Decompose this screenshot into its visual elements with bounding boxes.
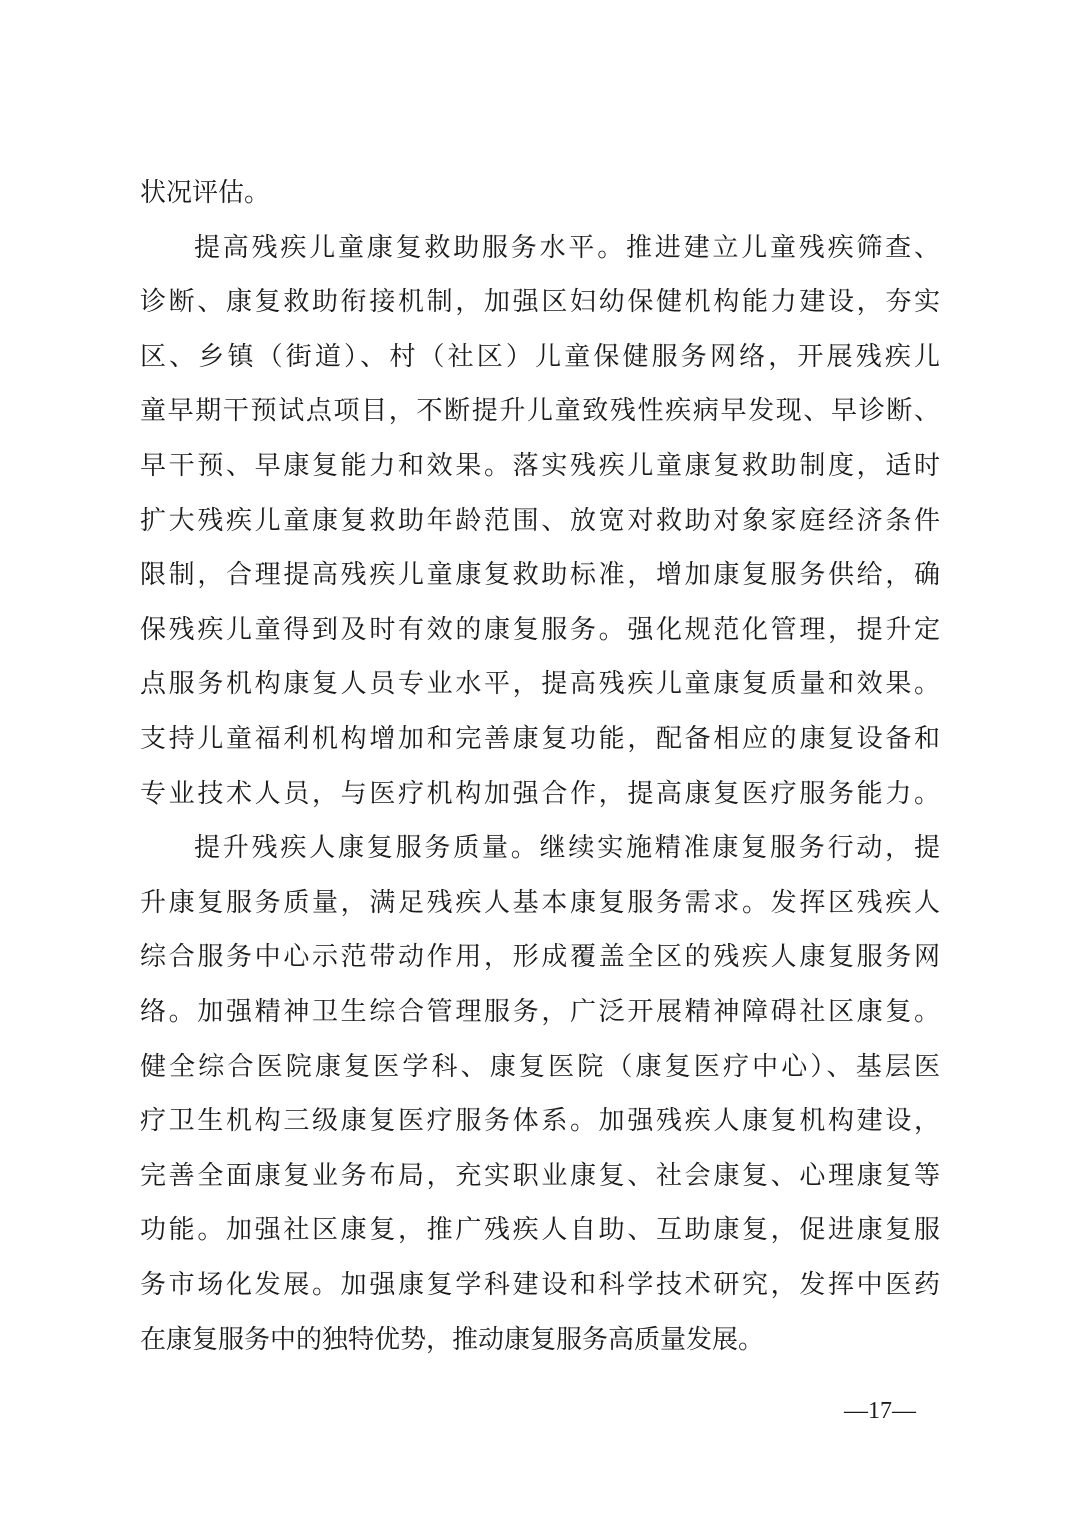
text-line: 童早期干预试点项目，不断提升儿童致残性疾病早发现、早诊断、 [140, 384, 940, 438]
text-line: 限制，合理提高残疾儿童康复救助标准，增加康复服务供给，确 [140, 548, 940, 602]
text-line: 完善全面康复业务布局，充实职业康复、社会康复、心理康复等 [140, 1149, 940, 1203]
text-line: 区、乡镇（街道）、村（社区）儿童保健服务网络，开展残疾儿 [140, 330, 940, 384]
text-line: 诊断、康复救助衔接机制，加强区妇幼保健机构能力建设，夯实 [140, 275, 940, 329]
document-page: 状况评估。 提高残疾儿童康复救助服务水平。推进建立儿童残疾筛查、 诊断、康复救助… [0, 0, 1074, 1520]
text-line: 支持儿童福利机构增加和完善康复功能，配备相应的康复设备和 [140, 712, 940, 766]
text-line: 提升残疾人康复服务质量。继续实施精准康复服务行动，提 [194, 821, 940, 875]
text-line: 在康复服务中的独特优势，推动康复服务高质量发展。 [140, 1313, 940, 1367]
text-line: 保残疾儿童得到及时有效的康复服务。强化规范化管理，提升定 [140, 603, 940, 657]
text-line: 状况评估。 [140, 166, 940, 220]
text-line: 升康复服务质量，满足残疾人基本康复服务需求。发挥区残疾人 [140, 876, 940, 930]
text-line: 疗卫生机构三级康复医疗服务体系。加强残疾人康复机构建设， [140, 1094, 940, 1148]
text-line: 早干预、早康复能力和效果。落实残疾儿童康复救助制度，适时 [140, 439, 940, 493]
text-line: 务市场化发展。加强康复学科建设和科学技术研究，发挥中医药 [140, 1258, 940, 1312]
text-line: 提高残疾儿童康复救助服务水平。推进建立儿童残疾筛查、 [194, 221, 940, 275]
text-line: 功能。加强社区康复，推广残疾人自助、互助康复，促进康复服 [140, 1203, 940, 1257]
page-number: —17— [844, 1396, 916, 1426]
text-line: 扩大残疾儿童康复救助年龄范围、放宽对救助对象家庭经济条件 [140, 494, 940, 548]
text-line: 点服务机构康复人员专业水平，提高残疾儿童康复质量和效果。 [140, 657, 940, 711]
text-line: 综合服务中心示范带动作用，形成覆盖全区的残疾人康复服务网 [140, 930, 940, 984]
text-line: 络。加强精神卫生综合管理服务，广泛开展精神障碍社区康复。 [140, 985, 940, 1039]
text-line: 专业技术人员，与医疗机构加强合作，提高康复医疗服务能力。 [140, 767, 940, 821]
text-line: 健全综合医院康复医学科、康复医院（康复医疗中心）、基层医 [140, 1040, 940, 1094]
